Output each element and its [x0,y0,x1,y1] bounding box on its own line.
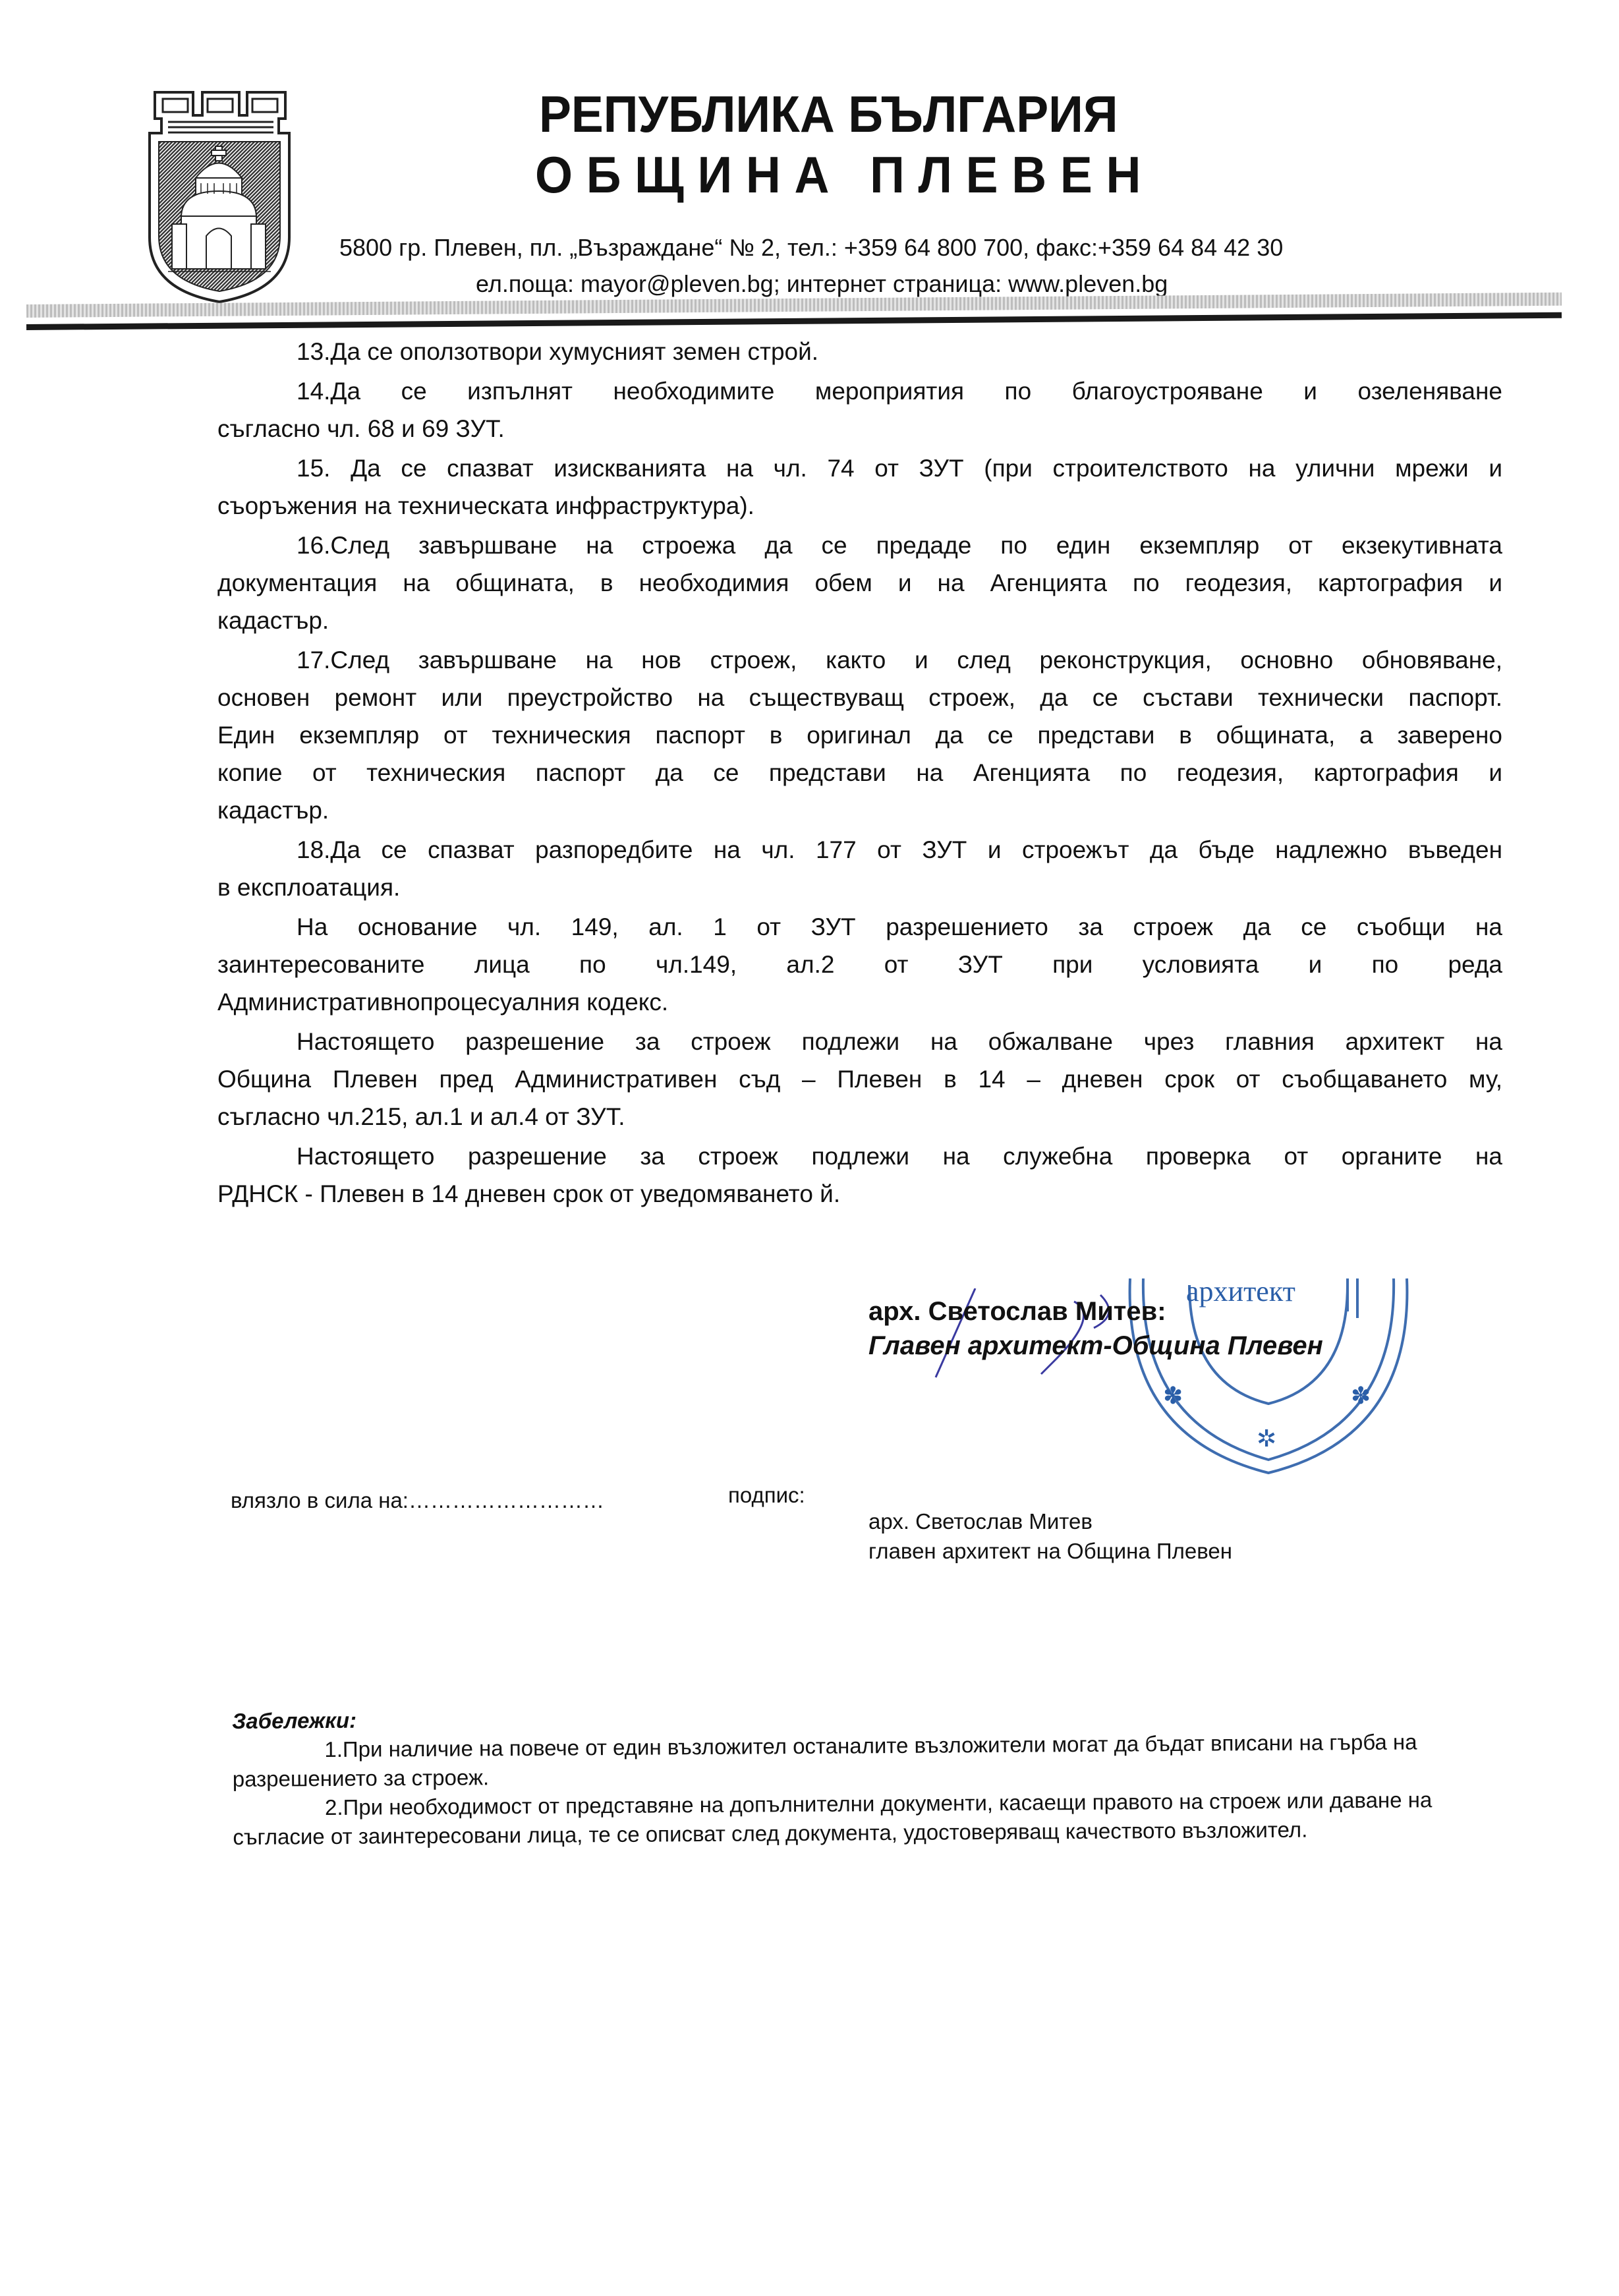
text-line: заинтересованите лица по чл.149, ал.2 от… [217,946,1502,983]
paragraph-p17: 17.След завършване на нов строеж, както … [217,641,1502,829]
text-line: 18.Да се спазват разпоредбите на чл. 177… [217,831,1502,869]
text-line: копие от техническия паспорт да се предс… [217,754,1502,791]
text-line: 13.Да се оползотвори хумусният земен стр… [217,333,1502,370]
svg-text:архитект: архитект [1186,1275,1295,1307]
svg-text:✽: ✽ [1163,1383,1183,1410]
paragraph-p-appeal: Настоящето разрешение за строеж подлежи … [217,1023,1502,1135]
effective-date-field: влязло в сила на:……………………… [231,1488,604,1513]
paragraph-p-notify: На основание чл. 149, ал. 1 от ЗУТ разре… [217,908,1502,1021]
paragraph-p14: 14.Да се изпълнят необходимите мероприят… [217,372,1502,447]
paragraph-p16: 16.След завършване на строежа да се пред… [217,527,1502,639]
text-line: Административнопроцесуалния кодекс. [217,983,1502,1021]
text-line: документация на общината, в необходимия … [217,564,1502,602]
text-line: Един екземпляр от техническия паспорт в … [217,716,1502,754]
permit-conditions: 13.Да се оползотвори хумусният земен стр… [217,333,1502,1215]
text-line: 15. Да се спазват изискванията на чл. 74… [217,449,1502,487]
note-item: 1.При наличие на повече от един възложит… [232,1727,1518,1794]
text-line: в експлоатация. [217,869,1502,906]
text-line: На основание чл. 149, ал. 1 от ЗУТ разре… [217,908,1502,946]
address-line: 5800 гр. Плевен, пл. „Възраждане“ № 2, т… [339,234,1283,262]
text-line: кадастър. [217,602,1502,639]
pleven-coat-of-arms-icon [142,86,297,306]
text-line: 17.След завършване на нов строеж, както … [217,641,1502,679]
signer-name: арх. Светослав Митев [868,1509,1093,1534]
text-line: съгласно чл. 68 и 69 ЗУТ. [217,410,1502,447]
text-line: Настоящето разрешение за строеж подлежи … [217,1137,1502,1175]
text-line: съоръжения на техническата инфраструктур… [217,487,1502,525]
paragraph-p15: 15. Да се спазват изискванията на чл. 74… [217,449,1502,525]
signer-role: главен архитект на Община Плевен [868,1539,1232,1564]
note-item: 2.При необходимост от представяне на доп… [233,1785,1518,1852]
paragraph-p18: 18.Да се спазват разпоредбите на чл. 177… [217,831,1502,906]
svg-text:✽: ✽ [1351,1383,1371,1410]
text-line: 14.Да се изпълнят необходимите мероприят… [217,372,1502,410]
signatory-title-bold: Главен архитект-Община Плевен [868,1331,1323,1361]
paragraph-p13: 13.Да се оползотвори хумусният земен стр… [217,333,1502,370]
text-line: основен ремонт или преустройство на съще… [217,679,1502,716]
notes-section: Забележки: 1.При наличие на повече от ед… [232,1698,1518,1852]
svg-text:✲: ✲ [1257,1425,1276,1452]
text-line: Настоящето разрешение за строеж подлежи … [217,1023,1502,1060]
text-line: кадастър. [217,791,1502,829]
signature-label: подпис: [728,1483,805,1508]
text-line: РДНСК - Плевен в 14 дневен срок от уведо… [217,1175,1502,1213]
paragraph-p-review: Настоящето разрешение за строеж подлежи … [217,1137,1502,1213]
text-line: съгласно чл.215, ал.1 и ал.4 от ЗУТ. [217,1098,1502,1135]
country-heading: РЕПУБЛИКА БЪЛГАРИЯ [539,84,1118,144]
document-page: РЕПУБЛИКА БЪЛГАРИЯ ОБЩИНА ПЛЕВЕН 5800 гр… [0,0,1619,2296]
contact-line: ел.поща: mayor@pleven.bg; интернет стран… [476,270,1168,298]
municipality-heading: ОБЩИНА ПЛЕВЕН [535,145,1154,205]
text-line: 16.След завършване на строежа да се пред… [217,527,1502,564]
text-line: Община Плевен пред Административен съд –… [217,1060,1502,1098]
signatory-name-bold: арх. Светослав Митев: [868,1297,1166,1327]
